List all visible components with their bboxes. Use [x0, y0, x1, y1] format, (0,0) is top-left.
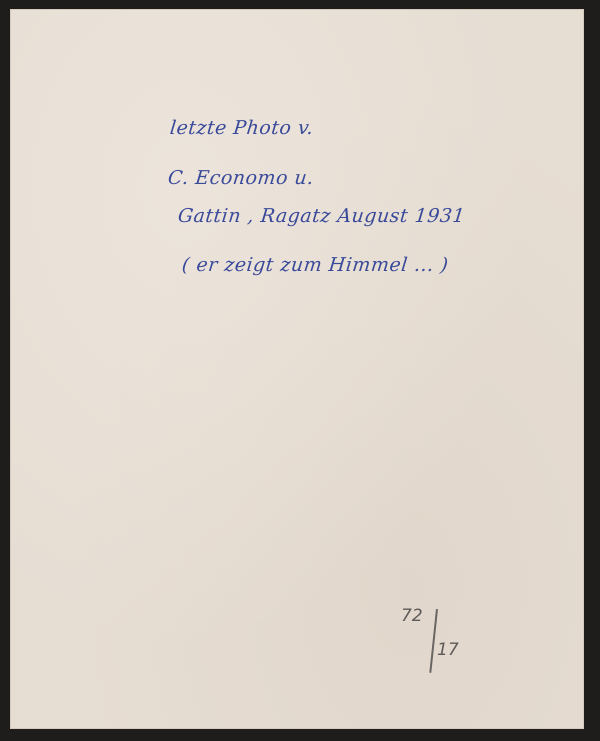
- handwritten-line-3: Gattin , Ragatz August 1931: [177, 205, 466, 227]
- handwritten-line-1: letzte Photo v.: [169, 117, 315, 139]
- handwritten-line-2: C. Economo u.: [167, 167, 315, 189]
- inventory-number-top: 72: [401, 606, 423, 626]
- paper-sheet: letzte Photo v. C. Economo u. Gattin , R…: [10, 9, 584, 729]
- inventory-number-bottom: 17: [437, 640, 459, 660]
- handwritten-line-4: ( er zeigt zum Himmel ... ): [181, 254, 450, 276]
